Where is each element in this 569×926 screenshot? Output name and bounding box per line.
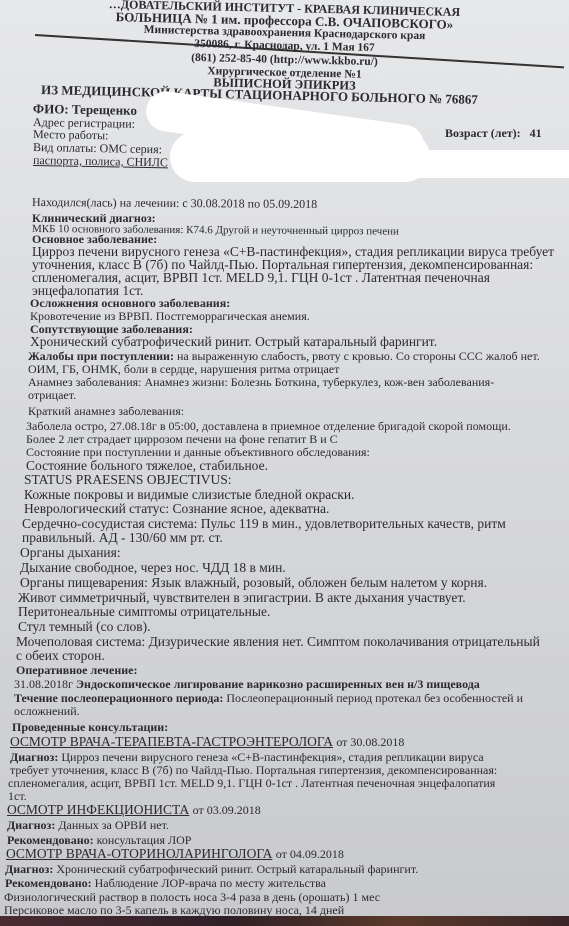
digestive-status: Органы пищеварения: Язык влажный, розовы… bbox=[20, 576, 487, 589]
consultations-title: Проведенные консультации: bbox=[12, 721, 168, 734]
complaints-title: Жалобы при поступлении: bbox=[28, 349, 174, 363]
surgery-date: 31.08.2018г bbox=[14, 677, 73, 691]
respiratory-status: Дыхание свободное, через нос. ЧДД 18 в м… bbox=[20, 561, 286, 574]
respiratory-title: Органы дыхания: bbox=[20, 546, 121, 559]
surgery-text: Эндоскопическое лигирование варикозно ра… bbox=[76, 677, 480, 691]
consultation-infectious: ОСМОТР ИНФЕКЦИОНИСТА от 03.09.2018 bbox=[7, 803, 261, 817]
dx-text: Цирроз печени вирусного генеза «С+В-паст… bbox=[61, 750, 483, 764]
dx-text: Данных за ОРВИ нет. bbox=[58, 818, 169, 832]
patient-state: Состояние больного тяжелое, стабильное. bbox=[26, 459, 268, 472]
dx-label: Диагноз: bbox=[10, 750, 58, 764]
rec-label: Рекомендовано: bbox=[7, 833, 94, 847]
age-value: 41 bbox=[530, 126, 542, 140]
discharge-document: …ДОВАТЕЛЬСКИЙ ИНСТИТУТ - КРАЕВАЯ КЛИНИЧЕ… bbox=[0, 0, 569, 918]
consultation-date: от 30.08.2018 bbox=[336, 735, 404, 749]
status-praesens-title: STATUS PRAESENS OBJECTIVUS: bbox=[24, 473, 231, 486]
complaints-text: на выраженную слабость, рвоту с кровью. … bbox=[177, 349, 540, 363]
skin-status: Кожные покровы и видимые слизистые бледн… bbox=[24, 488, 354, 501]
consultation-dx: Диагноз: Данных за ОРВИ нет. bbox=[7, 819, 169, 832]
stay-dates: Находился(лась) на лечении: с 30.08.2018… bbox=[32, 196, 317, 211]
surgery-row: 31.08.2018г Эндоскопическое лигирование … bbox=[14, 678, 480, 691]
consultation-name: ОСМОТР ВРАЧА-ОТОРИНОЛАРИНГОЛОГА bbox=[6, 846, 272, 861]
consultation-dx: Диагноз: Хронический субатрофический рин… bbox=[5, 863, 418, 876]
surgery-title: Оперативное лечение: bbox=[16, 664, 137, 677]
neuro-status: Неврологический статус: Сознание ясное, … bbox=[24, 502, 329, 515]
postop-text-2: осложнений. bbox=[14, 705, 80, 718]
anamnesis-2: отрицает. bbox=[28, 389, 76, 402]
consultation-date: от 04.09.2018 bbox=[276, 847, 344, 861]
stool-status: Стул темный (со слов). bbox=[18, 620, 150, 633]
abdomen-status: Живот симметричный, чувствителен в эпига… bbox=[18, 591, 466, 604]
peritoneal-status: Перитонеальные симптомы отрицательные. bbox=[18, 605, 270, 618]
consultation-rec: Рекомендовано: Наблюдение ЛОР-врача по м… bbox=[5, 877, 326, 890]
consultation-date: от 03.09.2018 bbox=[193, 803, 261, 817]
age-label: Возраст (лет): bbox=[445, 126, 521, 140]
documents-label: паспорта, полиса, СНИЛС bbox=[33, 154, 168, 169]
dx-text: Хронический субатрофический ринит. Остры… bbox=[56, 862, 418, 876]
urogenital-status-1: Мочеполовая система: Дизурические явлени… bbox=[16, 635, 540, 648]
brief-anamnesis-title: Краткий анамнез заболевания: bbox=[28, 405, 184, 418]
consultation-dx-line: спленомегалия, асцит, ВРВП 1ст. MELD 9,1… bbox=[8, 777, 495, 790]
age-field: Возраст (лет): 41 bbox=[445, 127, 542, 140]
dx-label: Диагноз: bbox=[5, 862, 53, 876]
consultation-gastro: ОСМОТР ВРАЧА-ТЕРАПЕВТА-ГАСТРОЭНТЕРОЛОГА … bbox=[10, 735, 404, 749]
cardio-status-1: Сердечно-сосудистая система: Пульс 119 в… bbox=[22, 517, 506, 530]
consultation-name: ОСМОТР ИНФЕКЦИОНИСТА bbox=[7, 802, 189, 817]
table-surface bbox=[0, 916, 569, 926]
cardio-status-2: правильный. АД - 130/60 мм рт. ст. bbox=[22, 531, 223, 544]
redaction-mark bbox=[270, 150, 569, 178]
consultation-ent: ОСМОТР ВРАЧА-ОТОРИНОЛАРИНГОЛОГА от 04.09… bbox=[6, 847, 344, 861]
rec-label: Рекомендовано: bbox=[5, 876, 92, 890]
postop-title: Течение послеоперационного периода: bbox=[14, 691, 223, 705]
urogenital-status-2: с обеих сторон. bbox=[16, 649, 105, 662]
anamnesis: Анамнез заболевания: Анамнез жизни: Боле… bbox=[28, 376, 494, 389]
comorbid-text: Хронический субатрофический ринит. Остры… bbox=[30, 335, 437, 348]
dx-label: Диагноз: bbox=[7, 818, 55, 832]
rec-text: Наблюдение ЛОР-врача по месту жительства bbox=[95, 876, 326, 890]
rec-text: консультация ЛОР bbox=[97, 833, 192, 847]
consultation-name: ОСМОТР ВРАЧА-ТЕРАПЕВТА-ГАСТРОЭНТЕРОЛОГА bbox=[10, 734, 333, 749]
postop-row: Течение послеоперационного периода: Посл… bbox=[14, 692, 523, 705]
postop-text: Послеоперационный период протекал без ос… bbox=[226, 691, 523, 705]
